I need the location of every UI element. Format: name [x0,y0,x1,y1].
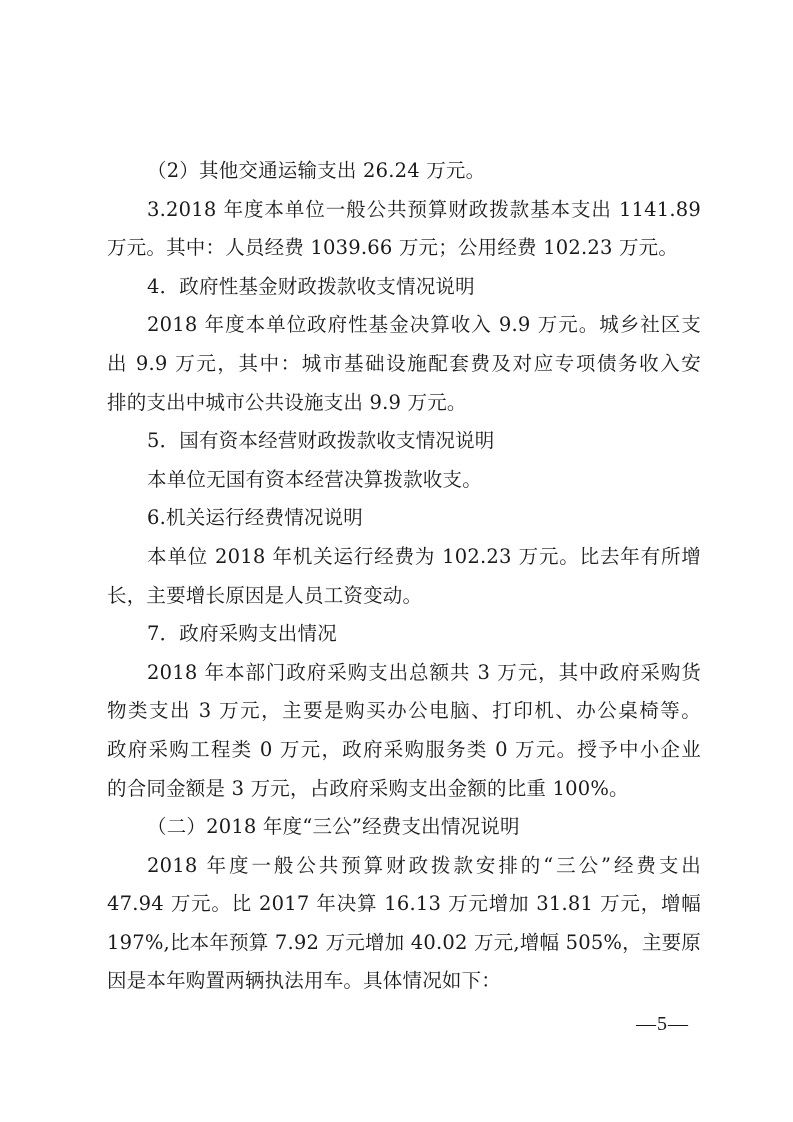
paragraph-line: 长，主要增长原因是人员工资变动。 [107,577,701,616]
paragraph-line: 本单位 2018 年机关运行经费为 102.23 万元。比去年有所增 [107,538,701,577]
paragraph-line: 197%,比本年预算 7.92 万元增加 40.02 万元,增幅 505%，主要… [107,924,701,963]
section-heading-7: 7．政府采购支出情况 [107,615,701,654]
paragraph-line: 2018 年度一般公共预算财政拨款安排的“三公”经费支出 [107,847,701,886]
page-number: —5— [636,1013,689,1036]
section-heading-6: 6.机关运行经费情况说明 [107,499,701,538]
paragraph-line: 出 9.9 万元，其中：城市基础设施配套费及对应专项债务收入安 [107,345,701,384]
paragraph-line: 47.94 万元。比 2017 年决算 16.13 万元增加 31.81 万元，… [107,885,701,924]
section-heading-2: （二）2018 年度“三公”经费支出情况说明 [107,808,701,847]
section-heading-4: 4．政府性基金财政拨款收支情况说明 [107,268,701,307]
paragraph-line: 政府采购工程类 0 万元，政府采购服务类 0 万元。授予中小企业 [107,731,701,770]
paragraph-line: 3.2018 年度本单位一般公共预算财政拨款基本支出 1141.89 [107,191,701,230]
paragraph-line: 物类支出 3 万元，主要是购买办公电脑、打印机、办公桌椅等。 [107,692,701,731]
paragraph-line: 的合同金额是 3 万元，占政府采购支出金额的比重 100%。 [107,770,701,809]
document-body: （2）其他交通运输支出 26.24 万元。 3.2018 年度本单位一般公共预算… [107,152,701,1001]
paragraph-line: 因是本年购置两辆执法用车。具体情况如下： [107,962,701,1001]
paragraph-line: 本单位无国有资本经营决算拨款收支。 [107,461,701,500]
paragraph-line: 万元。其中：人员经费 1039.66 万元；公用经费 102.23 万元。 [107,229,701,268]
paragraph-line: 2018 年度本单位政府性基金决算收入 9.9 万元。城乡社区支 [107,306,701,345]
paragraph-line: 2018 年本部门政府采购支出总额共 3 万元，其中政府采购货 [107,654,701,693]
paragraph-line: 排的支出中城市公共设施支出 9.9 万元。 [107,384,701,423]
section-heading-5: 5．国有资本经营财政拨款收支情况说明 [107,422,701,461]
paragraph-line: （2）其他交通运输支出 26.24 万元。 [107,152,701,191]
